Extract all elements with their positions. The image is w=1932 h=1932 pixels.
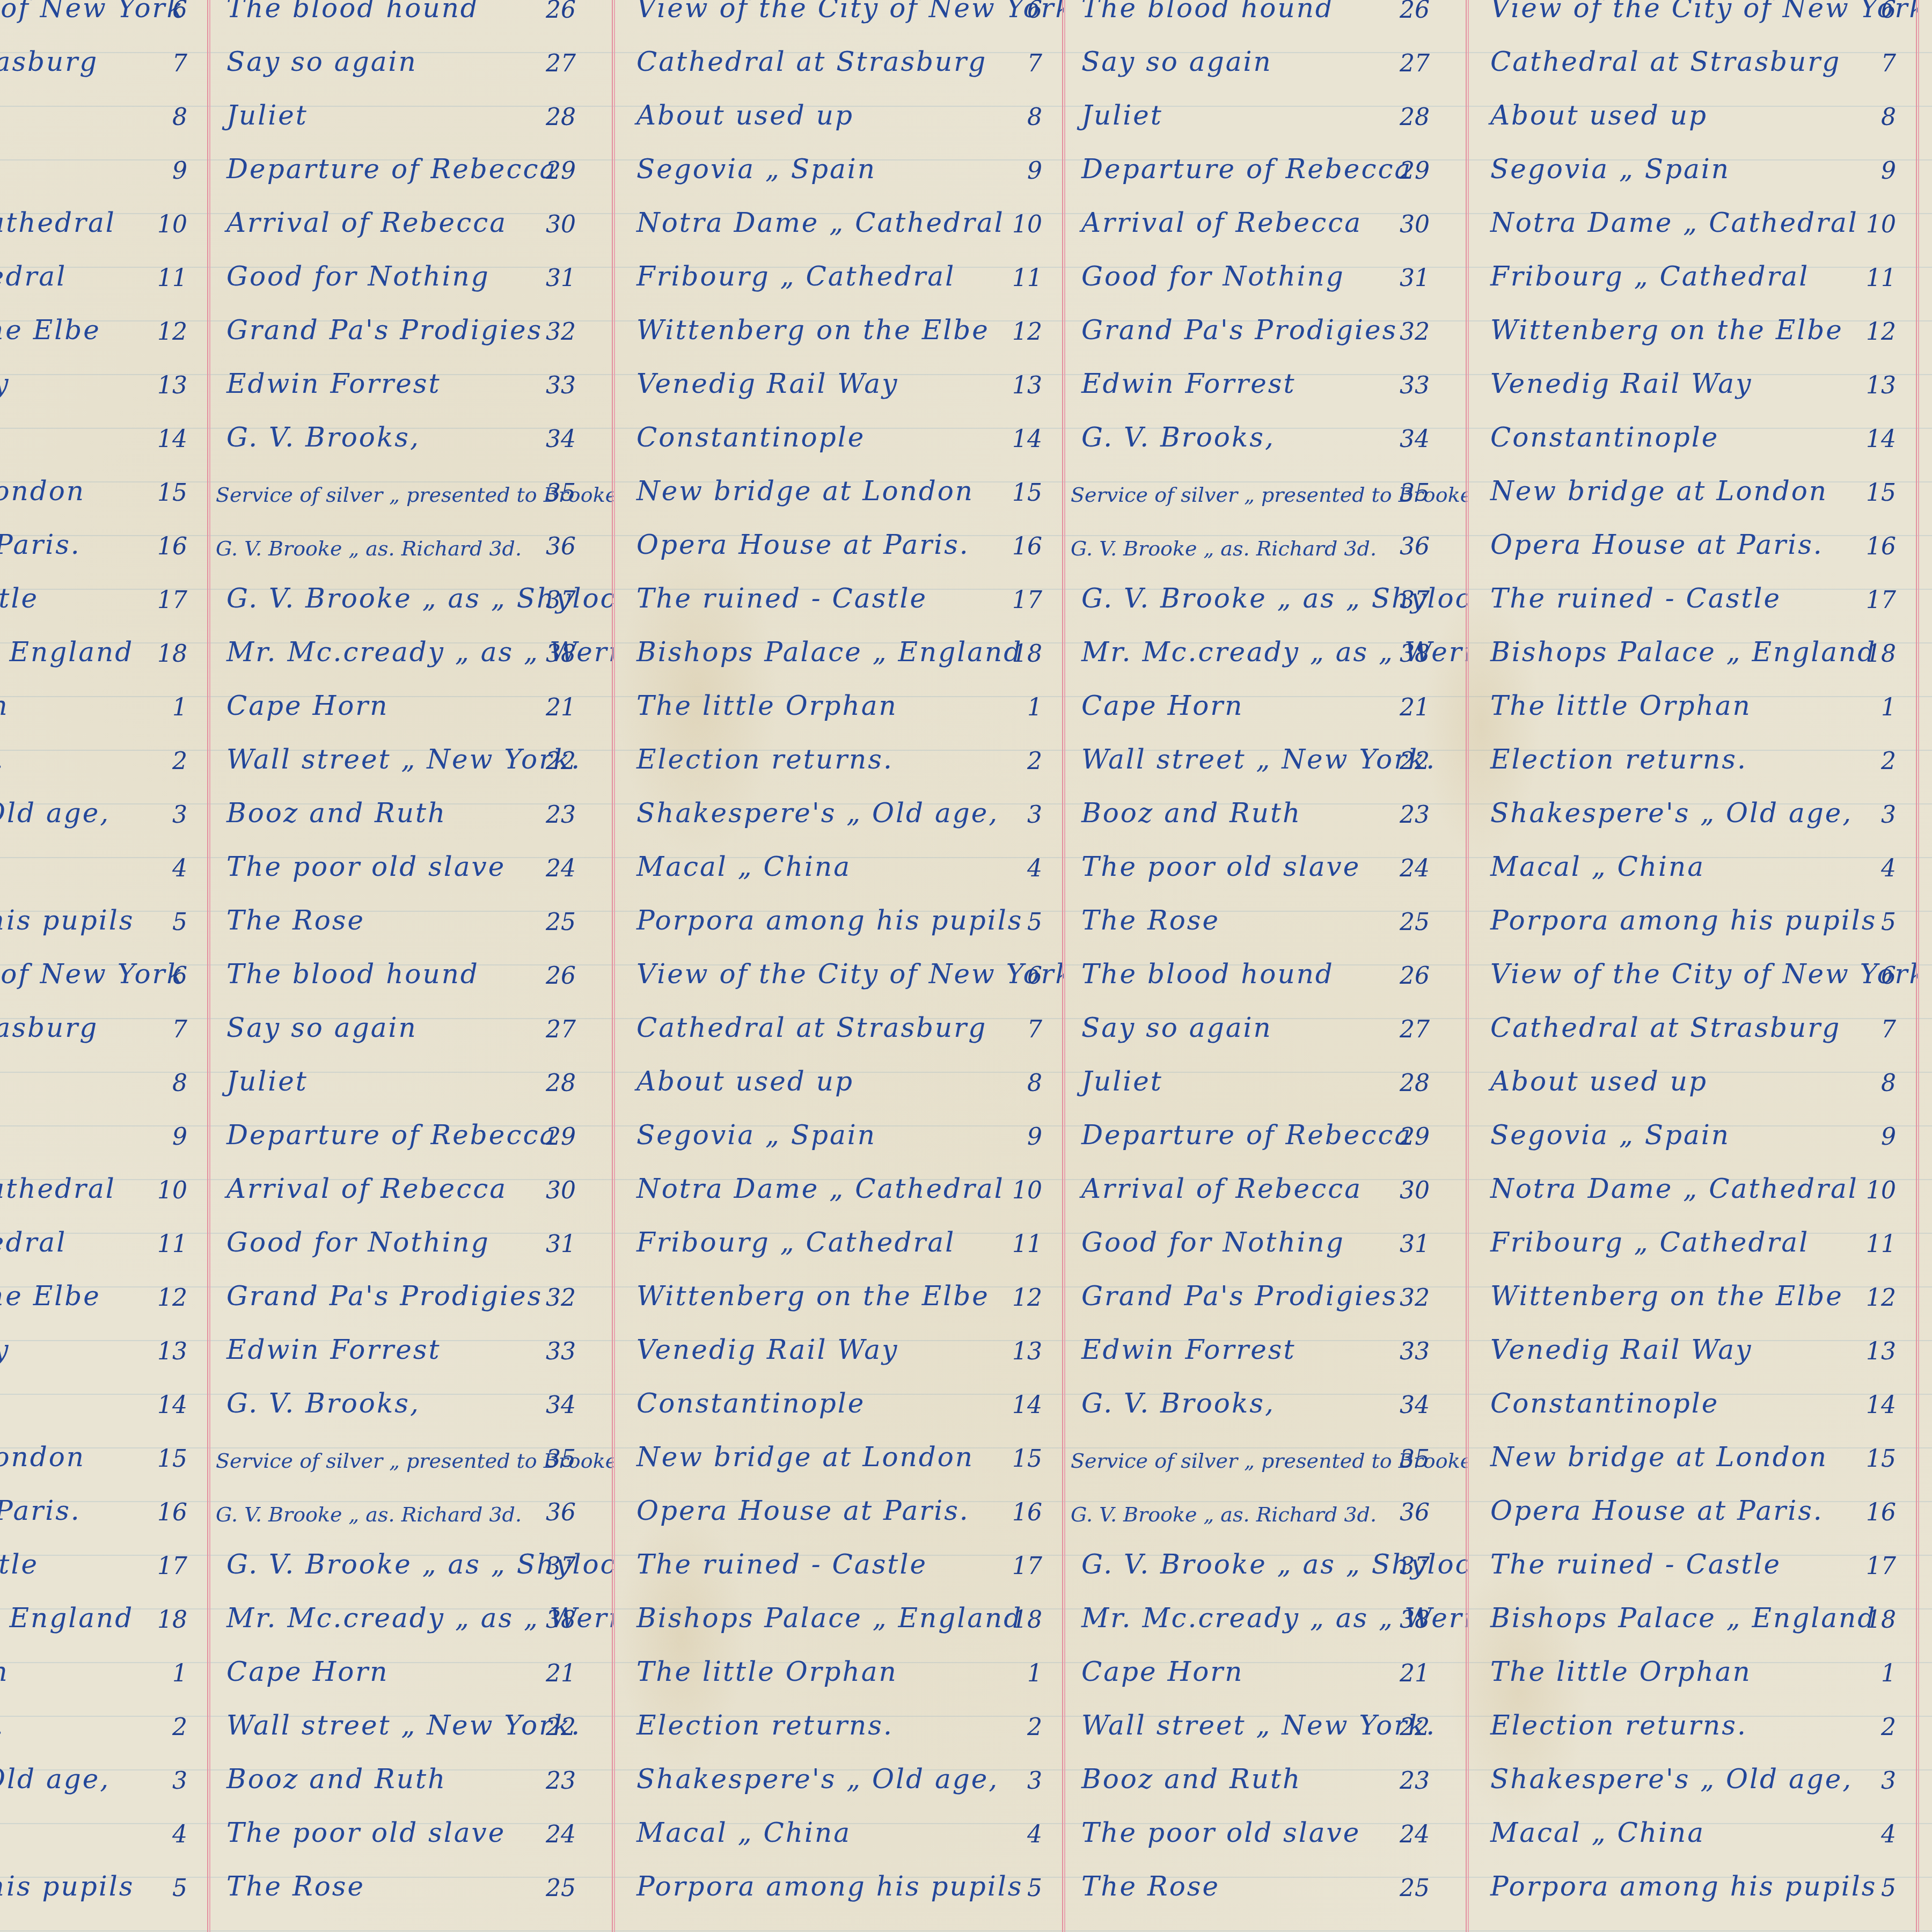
- ledger-entry: The ruined - Castle17: [615, 1545, 1064, 1598]
- ledger-entry: About used up8: [615, 1062, 1064, 1115]
- ledger-entry: About used up8: [0, 96, 209, 149]
- ledger-entry: Macal „ China4: [1469, 847, 1918, 901]
- entry-number: 35: [1400, 479, 1430, 507]
- entry-title: The little Orphan: [636, 1656, 898, 1687]
- entry-number: 31: [1400, 1231, 1430, 1258]
- entry-title: Notra Dame „ Cathedral: [0, 1173, 116, 1204]
- entry-number: 21: [1400, 694, 1430, 721]
- ledger-entry: G. V. Brooks,34: [210, 1384, 613, 1437]
- ledger-entry: Cathedral at Strasburg7: [615, 42, 1064, 96]
- entry-title: Macal „ China: [636, 851, 851, 882]
- entry-number: 24: [1400, 1821, 1430, 1848]
- ledger-entry: Grand Pa's Prodigies32: [1065, 310, 1467, 364]
- entry-title: G. V. Brooke „ as. Richard 3d.: [216, 537, 522, 560]
- ledger-entry: The little Orphan1: [0, 1652, 209, 1706]
- entry-title: Constantinople: [1490, 1388, 1719, 1419]
- ledger-entry: Grand Pa's Prodigies32: [210, 310, 613, 364]
- entry-number: 6: [1027, 0, 1042, 24]
- entry-number: 5: [1881, 909, 1896, 936]
- ledger-entry: Opera House at Paris.16: [0, 1491, 209, 1545]
- entry-number: 3: [1881, 1767, 1896, 1795]
- entry-number: 16: [1866, 1499, 1896, 1526]
- ledger-entry: The blood hound26: [210, 0, 613, 42]
- entry-title: The little Orphan: [0, 690, 9, 721]
- ledger-entry: Macal „ China4: [0, 1813, 209, 1867]
- entry-title: Bishops Palace „ England: [1490, 1602, 1876, 1634]
- entry-title: Constantinople: [1490, 422, 1719, 453]
- entry-number: 25: [1400, 1875, 1430, 1902]
- entry-title: Wittenberg on the Elbe: [1490, 314, 1843, 346]
- entry-number: 8: [1881, 104, 1896, 131]
- entry-number: 17: [1866, 587, 1896, 614]
- entry-number: 6: [1881, 962, 1896, 990]
- ledger-entry: The little Orphan1: [615, 1652, 1064, 1706]
- entry-title: View of the City of New York: [636, 958, 1064, 990]
- entry-number: 7: [1881, 50, 1896, 77]
- ledger-entry: Segovia „ Spain9: [1469, 149, 1918, 203]
- entry-number: 7: [1027, 1016, 1042, 1043]
- entry-number: 33: [1400, 372, 1430, 399]
- entry-number: 37: [1400, 587, 1430, 614]
- entry-number: 32: [546, 1284, 576, 1312]
- entry-title: Opera House at Paris.: [0, 1495, 81, 1526]
- entry-number: 24: [546, 1821, 576, 1848]
- ledger-entry: Venedig Rail Way13: [1469, 364, 1918, 418]
- entry-title: Wall street „ New York.: [226, 744, 581, 775]
- ledger-entry: Wittenberg on the Elbe12: [0, 310, 209, 364]
- entry-title: The Rose: [226, 1871, 365, 1902]
- entry-title: Wittenberg on the Elbe: [0, 1280, 101, 1312]
- entry-number: 6: [1027, 962, 1042, 990]
- entry-number: 27: [546, 1016, 576, 1043]
- ledger-entry: About used up8: [1469, 96, 1918, 149]
- ledger-entry: The ruined - Castle17: [615, 579, 1064, 632]
- entry-number: 28: [1400, 104, 1430, 131]
- entry-title: The ruined - Castle: [0, 583, 39, 614]
- entry-title: The poor old slave: [1081, 851, 1360, 882]
- ledger-entry: Mr. Mc.cready „ as „ Werner38: [210, 1598, 613, 1652]
- entry-number: 30: [1400, 1177, 1430, 1204]
- entry-number: 16: [1012, 1499, 1042, 1526]
- entry-title: Election returns.: [636, 744, 894, 775]
- entry-number: 24: [546, 855, 576, 882]
- ledger-entry: Segovia „ Spain9: [615, 1115, 1064, 1169]
- entry-title: Departure of Rebecca: [226, 1119, 557, 1151]
- ledger-entry: Constantinople14: [0, 418, 209, 471]
- ledger-entry: The Rose25: [210, 901, 613, 954]
- entry-number: 9: [1881, 1123, 1896, 1151]
- ledger-entry: Constantinople14: [0, 1384, 209, 1437]
- ledger-entry: Edwin Forrest33: [1065, 364, 1467, 418]
- entry-title: Edwin Forrest: [1081, 1334, 1296, 1365]
- entry-number: 1: [172, 694, 187, 721]
- ledger-entry: Juliet28: [210, 1062, 613, 1115]
- entry-title: Bishops Palace „ England: [1490, 636, 1876, 668]
- entry-title: New bridge at London: [0, 475, 85, 507]
- ledger-sheet: View of the City of New York6Cathedral a…: [0, 0, 1932, 1932]
- entry-title: The blood hound: [1081, 0, 1334, 24]
- entry-number: 10: [1012, 211, 1042, 238]
- entry-title: Venedig Rail Way: [636, 1334, 898, 1365]
- entry-number: 4: [1027, 1821, 1042, 1848]
- ledger-entry: Bishops Palace „ England18: [615, 632, 1064, 686]
- entry-number: 8: [1027, 104, 1042, 131]
- entry-number: 2: [172, 748, 187, 775]
- ledger-entry: Cathedral at Strasburg7: [615, 1008, 1064, 1062]
- entry-title: Edwin Forrest: [226, 1334, 441, 1365]
- ledger-entry: Constantinople14: [1469, 1384, 1918, 1437]
- entry-title: Bishops Palace „ England: [0, 636, 134, 668]
- entry-number: 3: [172, 801, 187, 829]
- ledger-entry: New bridge at London15: [1469, 1437, 1918, 1491]
- entry-title: G. V. Brooks,: [1081, 1388, 1275, 1419]
- ledger-entry: Mr. Mc.cready „ as „ Werner38: [1065, 1598, 1467, 1652]
- ledger-entry: Venedig Rail Way13: [1469, 1330, 1918, 1384]
- ledger-entry: G. V. Brooke „ as. Richard 3d.36: [1065, 525, 1467, 579]
- entry-number: 23: [1400, 1767, 1430, 1795]
- entry-number: 5: [1881, 1875, 1896, 1902]
- entry-number: 38: [546, 1606, 576, 1634]
- entry-title: Fribourg „ Cathedral: [636, 1227, 955, 1258]
- entry-title: Cape Horn: [1081, 690, 1243, 721]
- ledger-entry: Election returns.2: [615, 740, 1064, 793]
- entry-title: The Rose: [1081, 905, 1220, 936]
- entry-title: Constantinople: [636, 422, 865, 453]
- entry-title: Macal „ China: [1490, 851, 1705, 882]
- entry-title: Edwin Forrest: [226, 368, 441, 399]
- entry-number: 26: [1400, 0, 1430, 24]
- entry-number: 37: [546, 587, 576, 614]
- ledger-entry: Service of silver „ presented to Brooke3…: [1065, 1437, 1467, 1491]
- entry-number: 17: [1012, 1553, 1042, 1580]
- ledger-entry: Arrival of Rebecca30: [210, 1169, 613, 1223]
- entry-number: 9: [1027, 1123, 1042, 1151]
- entry-title: View of the City of New York: [0, 0, 185, 24]
- ledger-entry: Shakespere's „ Old age,3: [1469, 1759, 1918, 1813]
- entry-number: 12: [1012, 318, 1042, 346]
- ledger-entry: Cathedral at Strasburg7: [1469, 1008, 1918, 1062]
- entry-title: Grand Pa's Prodigies: [1081, 314, 1397, 346]
- ledger-entry: Cathedral at Strasburg7: [0, 1008, 209, 1062]
- entry-number: 14: [1866, 426, 1896, 453]
- entry-number: 25: [546, 1875, 576, 1902]
- ledger-entry: G. V. Brooke „ as. Richard 3d.36: [210, 1491, 613, 1545]
- ledger-entry: Segovia „ Spain9: [1469, 1115, 1918, 1169]
- entry-number: 18: [1866, 640, 1896, 668]
- entry-title: Porpora among his pupils: [636, 905, 1023, 936]
- entry-number: 23: [546, 801, 576, 829]
- entry-title: The ruined - Castle: [636, 583, 927, 614]
- entry-number: 35: [1400, 1445, 1430, 1473]
- ledger-entry: Arrival of Rebecca30: [1065, 1169, 1467, 1223]
- entry-title: Departure of Rebecca: [1081, 1119, 1412, 1151]
- entry-title: Arrival of Rebecca: [1081, 207, 1362, 238]
- entry-number: 34: [1400, 1392, 1430, 1419]
- ledger-entry: Venedig Rail Way13: [0, 1330, 209, 1384]
- entry-title: Opera House at Paris.: [636, 529, 970, 560]
- entry-number: 17: [157, 587, 187, 614]
- entry-number: 27: [1400, 1016, 1430, 1043]
- entry-number: 26: [546, 962, 576, 990]
- ledger-entry: G. V. Brooke „ as „ Shylock37: [210, 1545, 613, 1598]
- ledger-column-partial-left: View of the City of New York6Cathedral a…: [0, 0, 209, 1932]
- ledger-entry: Wittenberg on the Elbe12: [1469, 310, 1918, 364]
- ledger-entry: New bridge at London15: [0, 471, 209, 525]
- entry-title: Fribourg „ Cathedral: [0, 261, 67, 292]
- ledger-entry: Good for Nothing31: [1065, 1223, 1467, 1276]
- entry-title: Porpora among his pupils: [1490, 905, 1877, 936]
- entry-title: Segovia „ Spain: [636, 153, 876, 185]
- entry-title: Cathedral at Strasburg: [1490, 1012, 1841, 1043]
- entry-title: Shakespere's „ Old age,: [636, 797, 999, 829]
- entry-title: Macal „ China: [1490, 1817, 1705, 1848]
- ledger-entry: Fribourg „ Cathedral11: [0, 1223, 209, 1276]
- ledger-entry: Booz and Ruth23: [210, 1759, 613, 1813]
- ledger-entry: Cathedral at Strasburg7: [0, 42, 209, 96]
- ledger-entry: Wittenberg on the Elbe12: [615, 1276, 1064, 1330]
- entry-number: 17: [1012, 587, 1042, 614]
- entry-number: 10: [1012, 1177, 1042, 1204]
- ledger-entry: Election returns.2: [0, 1706, 209, 1759]
- entry-number: 1: [1027, 694, 1042, 721]
- entry-number: 18: [157, 1606, 187, 1634]
- ledger-entry: Porpora among his pupils5: [1469, 901, 1918, 954]
- ledger-entry: Edwin Forrest33: [210, 1330, 613, 1384]
- ledger-entry: Shakespere's „ Old age,3: [0, 793, 209, 847]
- entry-number: 37: [546, 1553, 576, 1580]
- entry-title: Arrival of Rebecca: [1081, 1173, 1362, 1204]
- entry-number: 14: [1012, 426, 1042, 453]
- ledger-column-a1: View of the City of New York6Cathedral a…: [615, 0, 1064, 1932]
- ledger-entry: The ruined - Castle17: [0, 579, 209, 632]
- ledger-entry: The poor old slave24: [210, 1813, 613, 1867]
- entry-number: 18: [1866, 1606, 1896, 1634]
- entry-title: The poor old slave: [1081, 1817, 1360, 1848]
- ledger-entry: Notra Dame „ Cathedral10: [1469, 203, 1918, 257]
- entry-number: 16: [157, 1499, 187, 1526]
- entry-number: 24: [1400, 855, 1430, 882]
- entry-title: Porpora among his pupils: [0, 1871, 134, 1902]
- ledger-entry: Cape Horn21: [210, 1652, 613, 1706]
- entry-number: 29: [546, 157, 576, 185]
- entry-number: 28: [546, 104, 576, 131]
- ledger-entry: Edwin Forrest33: [210, 364, 613, 418]
- entry-title: Venedig Rail Way: [1490, 1334, 1752, 1365]
- entry-title: About used up: [636, 100, 854, 131]
- entry-title: Booz and Ruth: [226, 797, 447, 829]
- entry-title: Grand Pa's Prodigies: [226, 1280, 543, 1312]
- entry-title: Shakespere's „ Old age,: [0, 1763, 110, 1795]
- ledger-entry: G. V. Brooke „ as „ Shylock37: [1065, 1545, 1467, 1598]
- entry-title: Departure of Rebecca: [1081, 153, 1412, 185]
- entry-title: G. V. Brooke „ as. Richard 3d.: [1071, 537, 1377, 560]
- entry-title: Juliet: [1081, 100, 1163, 131]
- entry-title: New bridge at London: [636, 475, 974, 507]
- entry-number: 16: [1012, 533, 1042, 560]
- entry-number: 18: [1012, 1606, 1042, 1634]
- entry-number: 27: [1400, 50, 1430, 77]
- entry-title: New bridge at London: [1490, 1441, 1828, 1473]
- ledger-entry: Venedig Rail Way13: [615, 364, 1064, 418]
- entry-title: Wall street „ New York.: [226, 1710, 581, 1741]
- entry-number: 6: [1881, 0, 1896, 24]
- ledger-entry: The blood hound26: [210, 954, 613, 1008]
- entry-number: 8: [172, 1070, 187, 1097]
- entry-number: 33: [546, 1338, 576, 1365]
- entry-number: 3: [1027, 801, 1042, 829]
- entry-number: 28: [546, 1070, 576, 1097]
- entry-title: Macal „ China: [636, 1817, 851, 1848]
- ledger-entry: Booz and Ruth23: [1065, 1759, 1467, 1813]
- ledger-entry: View of the City of New York6: [1469, 954, 1918, 1008]
- entry-title: Say so again: [1081, 1012, 1272, 1043]
- entry-number: 33: [546, 372, 576, 399]
- ledger-entry: Fribourg „ Cathedral11: [615, 257, 1064, 310]
- entry-number: 13: [1012, 1338, 1042, 1365]
- entry-title: Shakespere's „ Old age,: [636, 1763, 999, 1795]
- entry-title: View of the City of New York: [1490, 0, 1918, 24]
- entry-number: 21: [546, 694, 576, 721]
- ledger-entry: Juliet28: [1065, 96, 1467, 149]
- entry-number: 11: [1866, 265, 1896, 292]
- ledger-entry: G. V. Brooks,34: [1065, 1384, 1467, 1437]
- entry-number: 36: [1400, 533, 1430, 560]
- entry-number: 37: [1400, 1553, 1430, 1580]
- entry-number: 5: [1027, 909, 1042, 936]
- entry-title: Notra Dame „ Cathedral: [636, 207, 1005, 238]
- entry-number: 1: [1881, 1660, 1896, 1687]
- entry-number: 32: [1400, 1284, 1430, 1312]
- ledger-entry: Macal „ China4: [615, 1813, 1064, 1867]
- ledger-entry: Booz and Ruth23: [210, 793, 613, 847]
- entry-number: 7: [172, 50, 187, 77]
- ledger-entry: About used up8: [0, 1062, 209, 1115]
- entry-number: 11: [157, 1231, 187, 1258]
- ledger-entry: The ruined - Castle17: [1469, 1545, 1918, 1598]
- entry-title: The ruined - Castle: [0, 1549, 39, 1580]
- entry-number: 5: [172, 1875, 187, 1902]
- entry-title: The ruined - Castle: [1490, 1549, 1781, 1580]
- entry-title: Juliet: [1081, 1066, 1163, 1097]
- ledger-entry: Opera House at Paris.16: [0, 525, 209, 579]
- ledger-entry: Fribourg „ Cathedral11: [0, 257, 209, 310]
- entry-title: Cathedral at Strasburg: [0, 46, 98, 77]
- entry-number: 17: [157, 1553, 187, 1580]
- ledger-entry: New bridge at London15: [1469, 471, 1918, 525]
- entry-number: 6: [172, 962, 187, 990]
- entry-title: Good for Nothing: [1081, 261, 1345, 292]
- entry-number: 32: [1400, 318, 1430, 346]
- ledger-entry: Booz and Ruth23: [1065, 793, 1467, 847]
- entry-number: 21: [1400, 1660, 1430, 1687]
- ledger-entry: View of the City of New York6: [0, 0, 209, 42]
- entry-title: G. V. Brooks,: [1081, 422, 1275, 453]
- entry-title: About used up: [1490, 100, 1708, 131]
- ledger-entry: Porpora among his pupils5: [615, 901, 1064, 954]
- entry-number: 32: [546, 318, 576, 346]
- entry-number: 13: [1866, 372, 1896, 399]
- ledger-entry: Juliet28: [1065, 1062, 1467, 1115]
- ledger-entry: Opera House at Paris.16: [615, 1491, 1064, 1545]
- entry-number: 15: [1866, 1445, 1896, 1473]
- entry-number: 22: [546, 1714, 576, 1741]
- entry-number: 31: [546, 1231, 576, 1258]
- entry-title: G. V. Brooke „ as. Richard 3d.: [216, 1503, 522, 1526]
- entry-title: G. V. Brooks,: [226, 1388, 420, 1419]
- entry-number: 18: [1012, 640, 1042, 668]
- ledger-entry: Porpora among his pupils5: [1469, 1867, 1918, 1920]
- ledger-entry: Constantinople14: [1469, 418, 1918, 471]
- ledger-entry: Notra Dame „ Cathedral10: [0, 203, 209, 257]
- entry-number: 35: [546, 479, 576, 507]
- entry-number: 7: [1027, 50, 1042, 77]
- entry-title: Good for Nothing: [226, 1227, 490, 1258]
- entry-number: 12: [1866, 1284, 1896, 1312]
- entry-number: 31: [546, 265, 576, 292]
- entry-title: Say so again: [1081, 46, 1272, 77]
- entry-number: 38: [1400, 1606, 1430, 1634]
- entry-number: 34: [546, 1392, 576, 1419]
- entry-number: 36: [546, 533, 576, 560]
- entry-title: Wall street „ New York.: [1081, 1710, 1436, 1741]
- entry-number: 14: [157, 1392, 187, 1419]
- ledger-entry: Wittenberg on the Elbe12: [0, 1276, 209, 1330]
- ledger-entry: Notra Dame „ Cathedral10: [0, 1169, 209, 1223]
- ledger-entry: Mr. Mc.cready „ as „ Werner38: [1065, 632, 1467, 686]
- ledger-entry: Service of silver „ presented to Brooke3…: [210, 1437, 613, 1491]
- entry-title: Venedig Rail Way: [1490, 368, 1752, 399]
- entry-number: 8: [1027, 1070, 1042, 1097]
- ledger-entry: Election returns.2: [615, 1706, 1064, 1759]
- ledger-entry: Good for Nothing31: [1065, 257, 1467, 310]
- ledger-entry: The little Orphan1: [1469, 1652, 1918, 1706]
- entry-number: 13: [157, 372, 187, 399]
- ledger-entry: Wall street „ New York.22: [210, 1706, 613, 1759]
- entry-number: 13: [157, 1338, 187, 1365]
- ledger-entry: About used up8: [1469, 1062, 1918, 1115]
- entry-number: 3: [172, 1767, 187, 1795]
- entry-title: Wall street „ New York.: [1081, 744, 1436, 775]
- ledger-entry: Cathedral at Strasburg7: [1469, 42, 1918, 96]
- entry-title: The poor old slave: [226, 851, 506, 882]
- entry-title: Departure of Rebecca: [226, 153, 557, 185]
- ledger-entry: The Rose25: [210, 1867, 613, 1920]
- ledger-entry: Arrival of Rebecca30: [210, 203, 613, 257]
- ledger-entry: Shakespere's „ Old age,3: [0, 1759, 209, 1813]
- ledger-entry: Good for Nothing31: [210, 257, 613, 310]
- entry-title: Election returns.: [1490, 744, 1747, 775]
- ledger-entry: G. V. Brooks,34: [210, 418, 613, 471]
- entry-title: Notra Dame „ Cathedral: [636, 1173, 1005, 1204]
- ledger-entry: Service of silver „ presented to Brooke3…: [210, 471, 613, 525]
- entry-title: Segovia „ Spain: [1490, 1119, 1730, 1151]
- entry-title: Say so again: [226, 1012, 418, 1043]
- entry-number: 14: [157, 426, 187, 453]
- margin-rule: [1916, 0, 1919, 1932]
- entry-title: The Rose: [226, 905, 365, 936]
- entry-title: Constantinople: [636, 1388, 865, 1419]
- ledger-entry: Segovia „ Spain9: [615, 149, 1064, 203]
- entry-title: Cathedral at Strasburg: [1490, 46, 1841, 77]
- entry-title: Segovia „ Spain: [636, 1119, 876, 1151]
- entry-number: 15: [1012, 1445, 1042, 1473]
- entry-number: 8: [172, 104, 187, 131]
- ledger-entry: The ruined - Castle17: [1469, 579, 1918, 632]
- entry-number: 12: [157, 318, 187, 346]
- entry-number: 31: [1400, 265, 1430, 292]
- entry-number: 14: [1012, 1392, 1042, 1419]
- ledger-entry: Wall street „ New York.22: [210, 740, 613, 793]
